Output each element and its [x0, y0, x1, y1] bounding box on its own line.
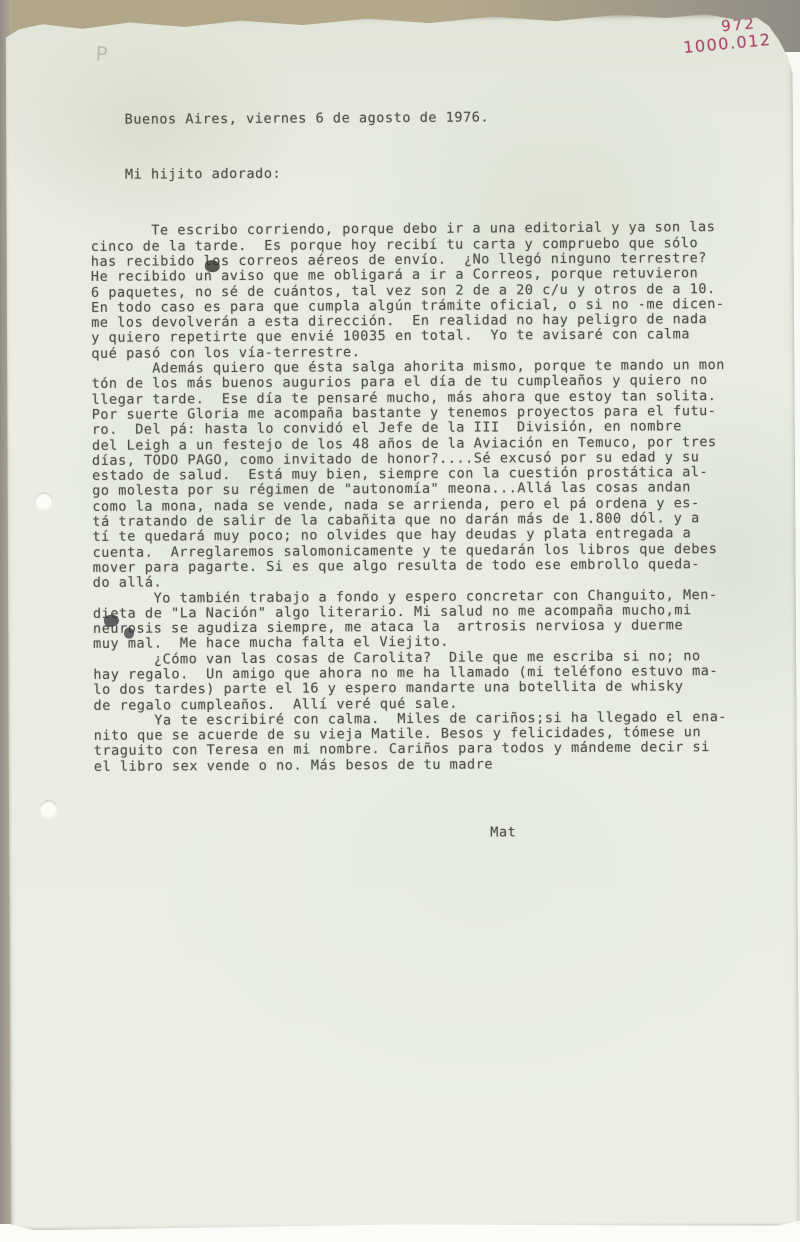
- pencil-mark: P: [95, 42, 108, 67]
- ink-overstrike-mark: [205, 260, 220, 272]
- letter-text: Buenos Aires, viernes 6 de agosto de 197…: [90, 78, 775, 874]
- letter-paper: 972 1000.012 P Buenos Aires, viernes 6 d…: [3, 14, 799, 1231]
- letter-body: Te escribo corriendo, porque debo ir a u…: [91, 220, 774, 775]
- letter-line: el libro sex vende o no. Más besos de tu…: [94, 755, 774, 774]
- letter-salutation: Mi hijito adorado:: [90, 164, 770, 183]
- letter-date: Buenos Aires, viernes 6 de agosto de 197…: [90, 108, 770, 127]
- punch-hole-lower: [39, 800, 58, 818]
- punch-hole-upper: [34, 492, 53, 510]
- letter-signature: Mat: [490, 823, 774, 840]
- archival-annotation: 972 1000.012: [681, 13, 772, 57]
